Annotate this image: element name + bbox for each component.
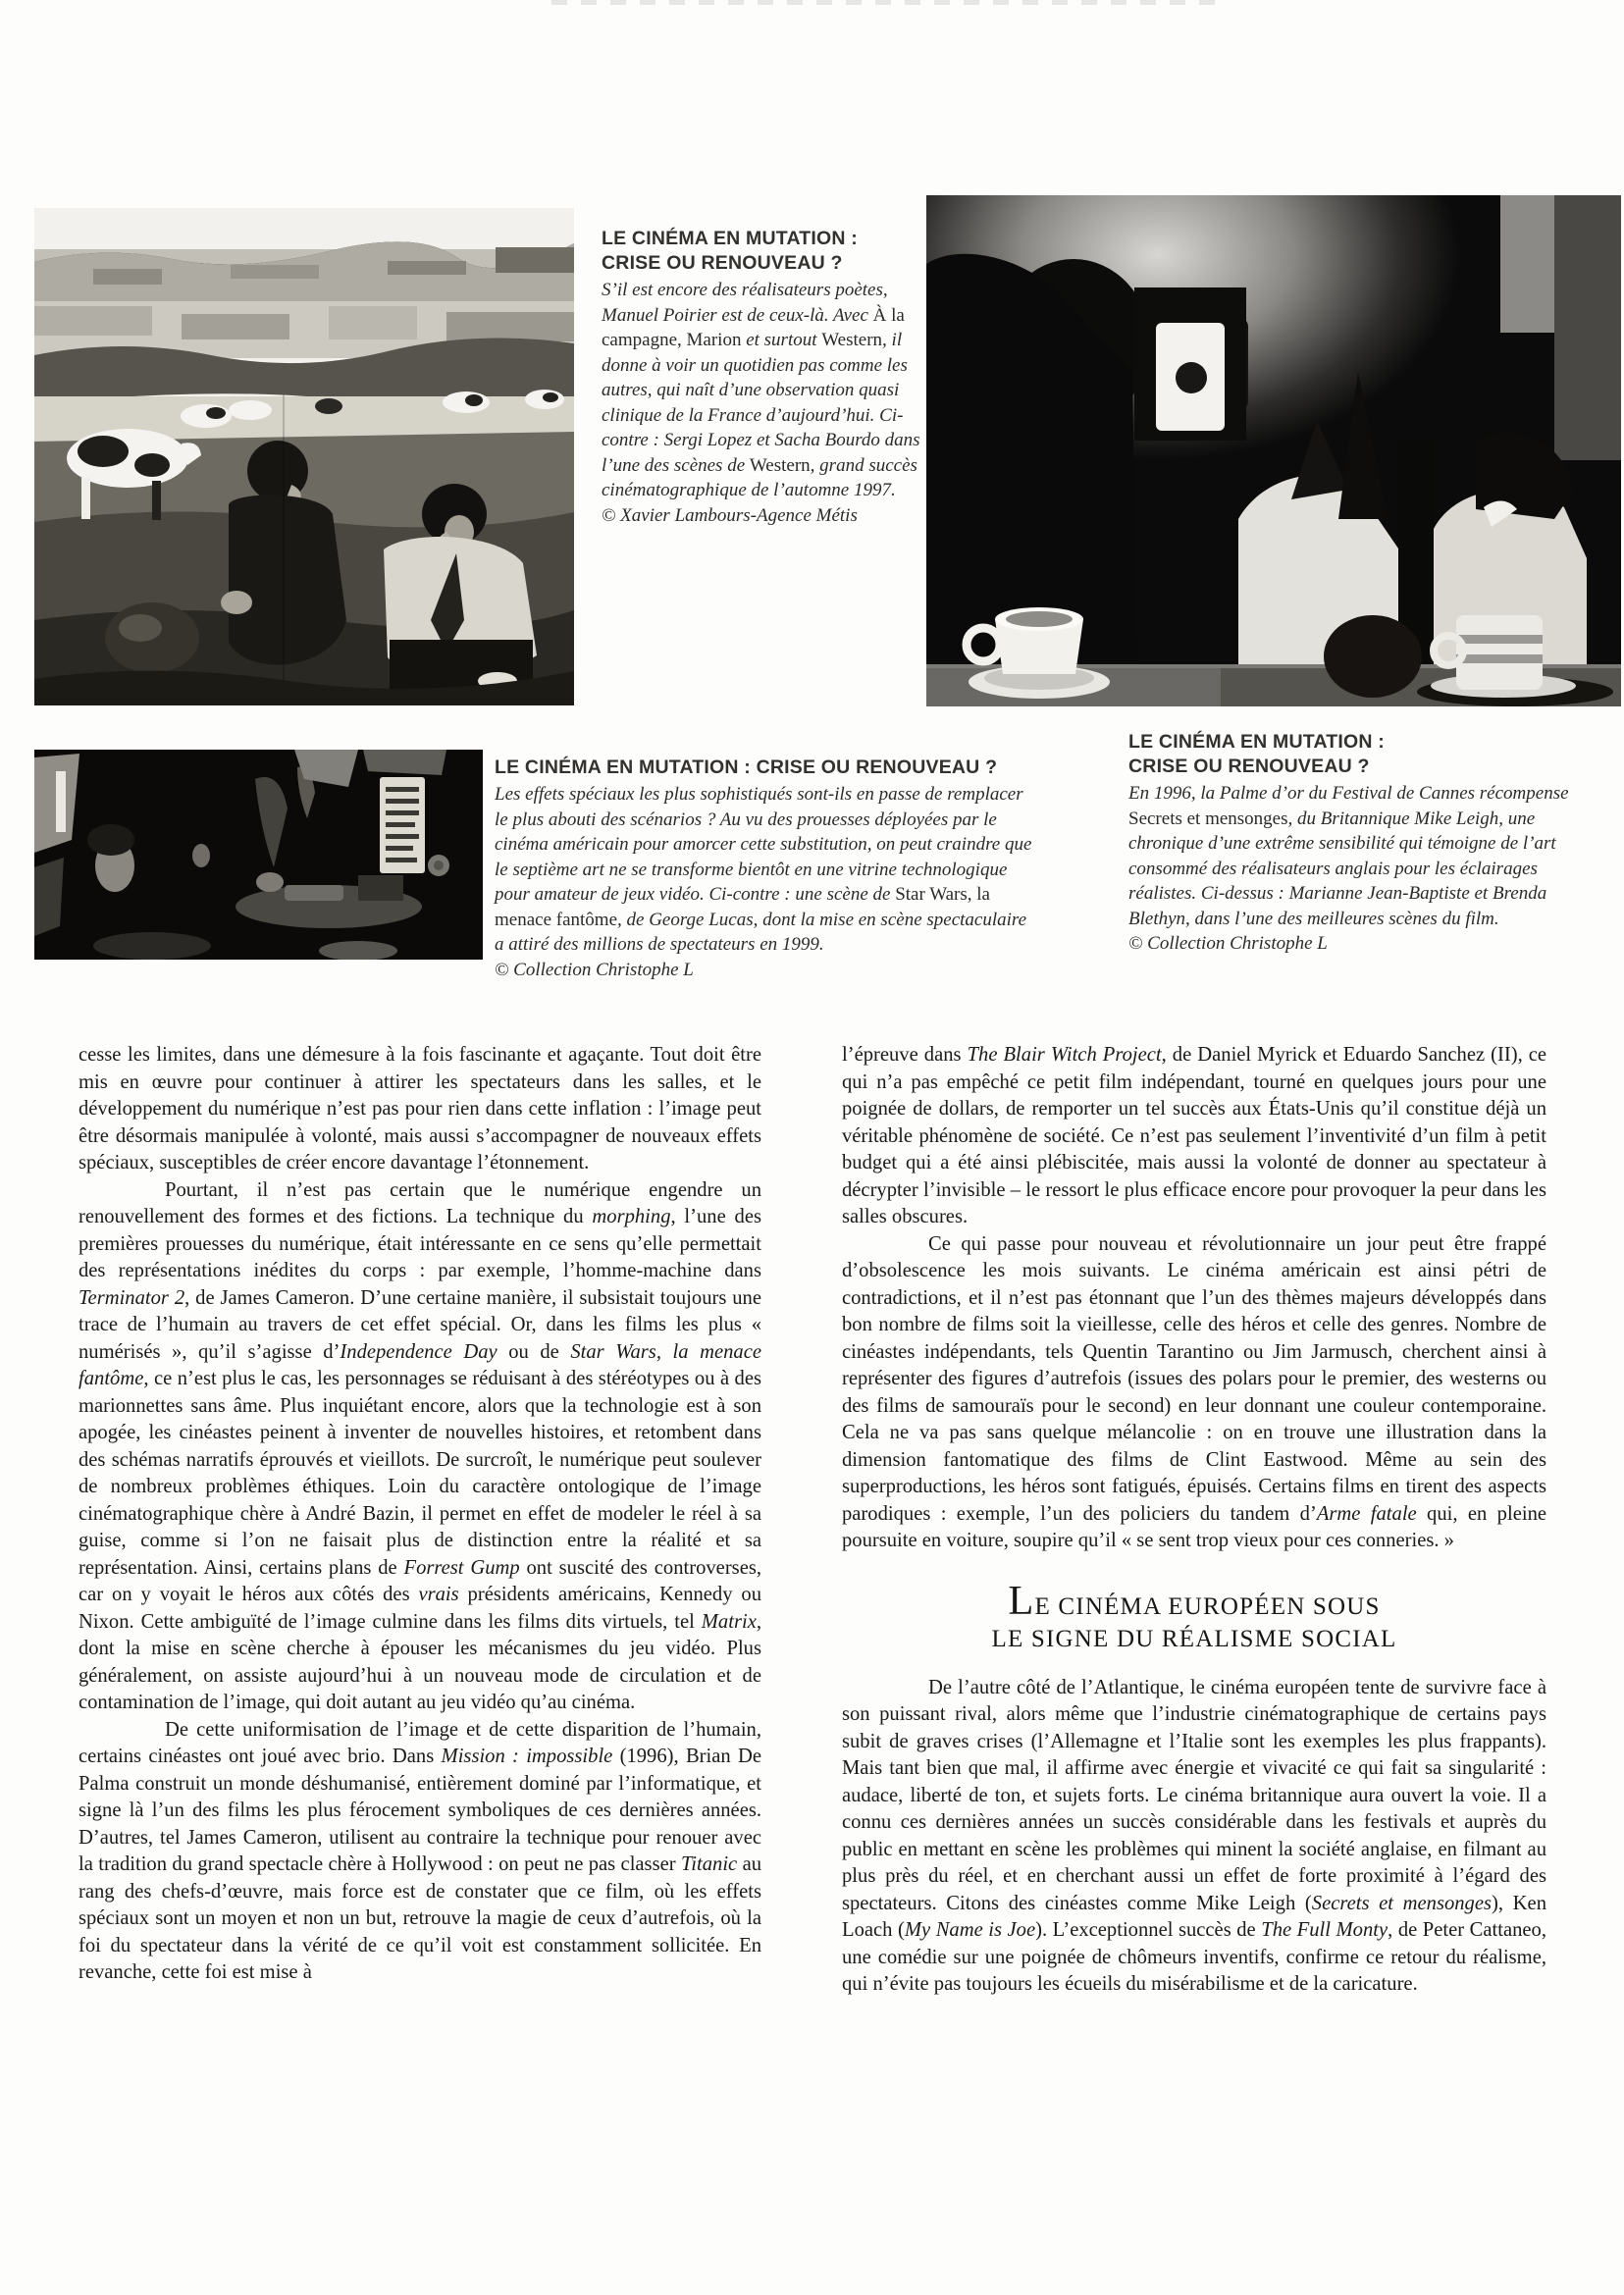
article-paragraph: De cette uniformisation de l’image et de…: [79, 1717, 761, 1987]
section-heading-line2: LE SIGNE DU RÉALISME SOCIAL: [842, 1623, 1546, 1655]
caption-western-heading-line2: CRISE OU RENOUVEAU ?: [602, 251, 940, 276]
magazine-page: LE CINÉMA EN MUTATION : CRISE OU RENOUVE…: [0, 0, 1624, 2295]
starwars-photo-illustration: [34, 750, 483, 960]
photo-western-field: [34, 208, 574, 705]
caption-starwars: LE CINÉMA EN MUTATION : CRISE OU RENOUVE…: [495, 756, 1032, 982]
caption-starwars-heading: LE CINÉMA EN MUTATION : CRISE OU RENOUVE…: [495, 756, 1032, 780]
caption-secrets-credit: © Collection Christophe L: [1128, 931, 1595, 957]
menu-board: [380, 777, 425, 873]
cropped-text-fragment: [551, 0, 1223, 5]
section-heading: LE CINÉMA EUROPÉEN SOUS LE SIGNE DU RÉAL…: [842, 1585, 1546, 1655]
caption-secrets-heading-line2: CRISE OU RENOUVEAU ?: [1128, 755, 1595, 779]
caption-starwars-body: Les effets spéciaux les plus sophistiqué…: [495, 782, 1032, 958]
photo-starwars-set: [34, 750, 483, 960]
caption-western-body: S’il est encore des réalisateurs poètes,…: [602, 278, 940, 503]
caption-secrets-body: En 1996, la Palme d’or du Festival de Ca…: [1128, 781, 1595, 931]
article-paragraph: Ce qui passe pour nouveau et révolutionn…: [842, 1231, 1546, 1555]
article-paragraph: Pourtant, il n’est pas certain que le nu…: [79, 1177, 761, 1717]
western-photo-illustration: [34, 208, 574, 705]
photo-secrets-cafe: [926, 195, 1621, 706]
article-column-right: l’épreuve dans The Blair Witch Project, …: [842, 1042, 1546, 1999]
caption-western-credit: © Xavier Lambours-Agence Métis: [602, 503, 940, 529]
caption-starwars-credit: © Collection Christophe L: [495, 958, 1032, 983]
caption-secrets: LE CINÉMA EN MUTATION : CRISE OU RENOUVE…: [1128, 730, 1595, 957]
caption-secrets-heading-line1: LE CINÉMA EN MUTATION :: [1128, 730, 1595, 755]
article-paragraph: cesse les limites, dans une démesure à l…: [79, 1042, 761, 1177]
article-column-left: cesse les limites, dans une démesure à l…: [79, 1042, 761, 1987]
secrets-photo-illustration: [926, 195, 1621, 706]
article-paragraph: l’épreuve dans The Blair Witch Project, …: [842, 1042, 1546, 1231]
section-heading-line1: LE CINÉMA EUROPÉEN SOUS: [842, 1585, 1546, 1623]
caption-western: LE CINÉMA EN MUTATION : CRISE OU RENOUVE…: [602, 227, 940, 528]
article-paragraph: De l’autre côté de l’Atlantique, le ciné…: [842, 1675, 1546, 1999]
caption-western-heading-line1: LE CINÉMA EN MUTATION :: [602, 227, 940, 251]
